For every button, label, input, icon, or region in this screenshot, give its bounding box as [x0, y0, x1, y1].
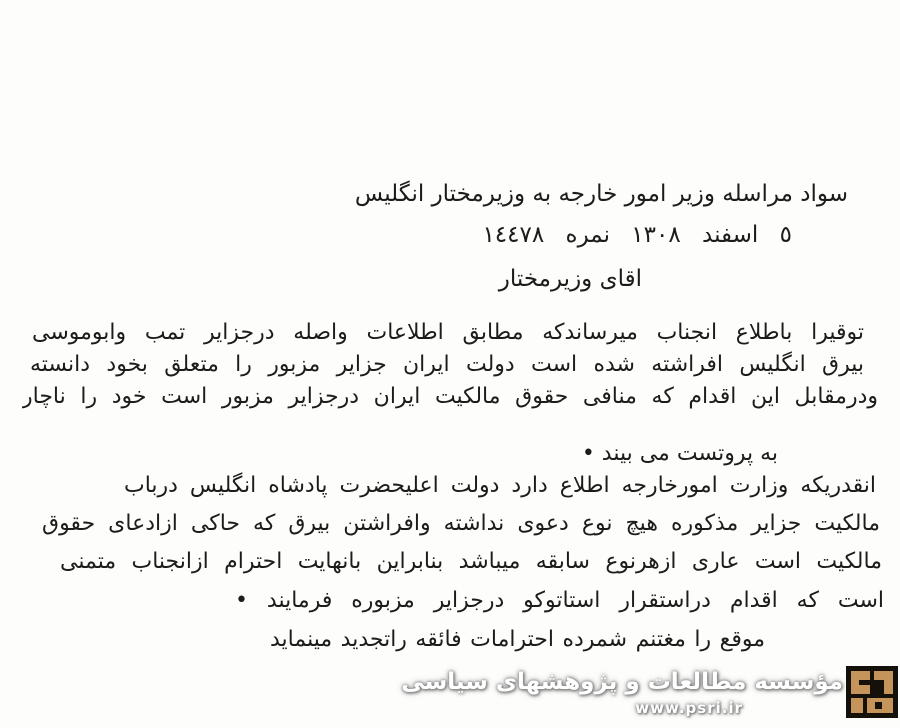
watermark-organization-name: مؤسسه مطالعات و پژوهشهای سیاسی	[401, 668, 843, 697]
body-line-7: مالکیت است عاری ازهرنوع سابقه میباشد بنا…	[60, 548, 882, 578]
body-line-3: ودرمقابل این اقدام که منافی حقوق مالکیت …	[22, 383, 878, 413]
body-line-5: انقدریکه وزارت امورخارجه اطلاع دارد دولت…	[124, 472, 876, 502]
letter-title: سواد مراسله وزیر امور خارجه به وزیرمختار…	[355, 180, 848, 209]
psri-logo-icon	[846, 666, 898, 718]
letter-date-and-number: ٥ اسفند ١٣٠٨ نمره ١٤٤٧٨	[482, 221, 792, 250]
body-line-1: توقیرا باطلاع انجناب میرساندکه مطابق اطل…	[32, 319, 864, 349]
body-line-8: است که اقدام دراستقرار استاتوکو درجزایر …	[235, 587, 884, 617]
body-line-4: به پروتست می بیند •	[582, 440, 778, 468]
scanned-letter-page: سواد مراسله وزیر امور خارجه به وزیرمختار…	[0, 0, 900, 728]
letter-salutation: اقای وزیرمختار	[499, 265, 642, 294]
body-line-9: موقع را مغتنم شمرده احترامات فائقه راتجد…	[270, 626, 765, 656]
body-line-6: مالکیت جزایر مذکوره هیچ نوع دعوی نداشته …	[42, 510, 880, 540]
watermark-website-url: www.psri.ir	[635, 699, 743, 718]
body-line-2: بیرق انگلیس افراشته شده است دولت ایران ج…	[30, 351, 864, 381]
